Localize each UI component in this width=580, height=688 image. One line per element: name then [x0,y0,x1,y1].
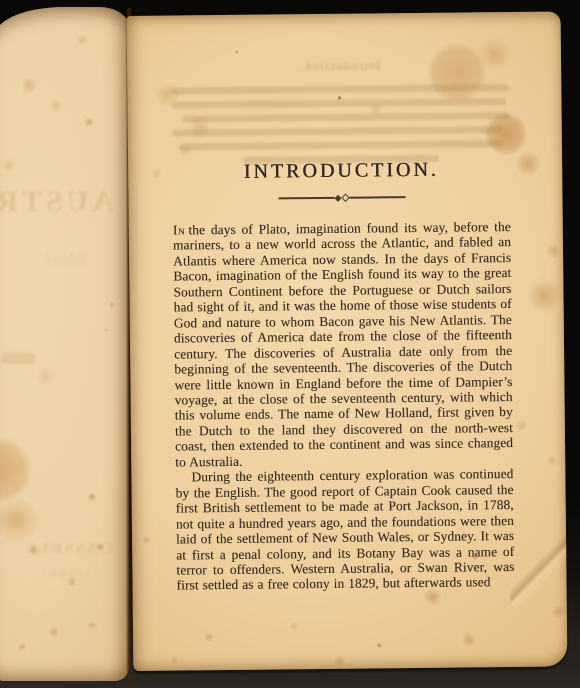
showthrough-imprint-line: LONDON, [0,569,90,579]
heading-divider-ornament [172,193,510,203]
book-photograph: AUSTR Island CASSELL LONDON, Introductio… [0,0,580,688]
foxing-stains-left [0,7,129,681]
paragraph-1-text: the days of Plato, imagination found its… [173,219,513,469]
divider-rule-right [349,196,405,198]
left-page-showthrough: AUSTR Island CASSELL LONDON, [0,7,129,681]
divider-rule-left [278,197,334,199]
showthrough-title-fragment: AUSTR [0,185,114,219]
page-corner-crease [510,535,567,606]
page-content: INTRODUCTION. Inthe days of Plato, imagi… [171,12,515,593]
paragraph-2: During the eighteenth century exploratio… [175,466,514,593]
book-page-introduction: Introduction. INTRODUCTION. Inthe days o… [127,11,568,671]
divider-diamond-open-icon [341,193,349,201]
left-page: AUSTR Island CASSELL LONDON, [0,7,129,681]
showthrough-publisher-name: CASSELL [0,541,112,558]
paragraph-1: Inthe days of Plato, imagination found i… [173,219,514,470]
divider-diamond-solid-icon [334,194,341,201]
chapter-heading: INTRODUCTION. [172,158,510,184]
showthrough-ink-blob [2,353,36,364]
showthrough-subtitle-word: Island [0,251,86,269]
paragraph-lead-in: In [173,222,186,237]
body-text: Inthe days of Plato, imagination found i… [173,219,515,593]
